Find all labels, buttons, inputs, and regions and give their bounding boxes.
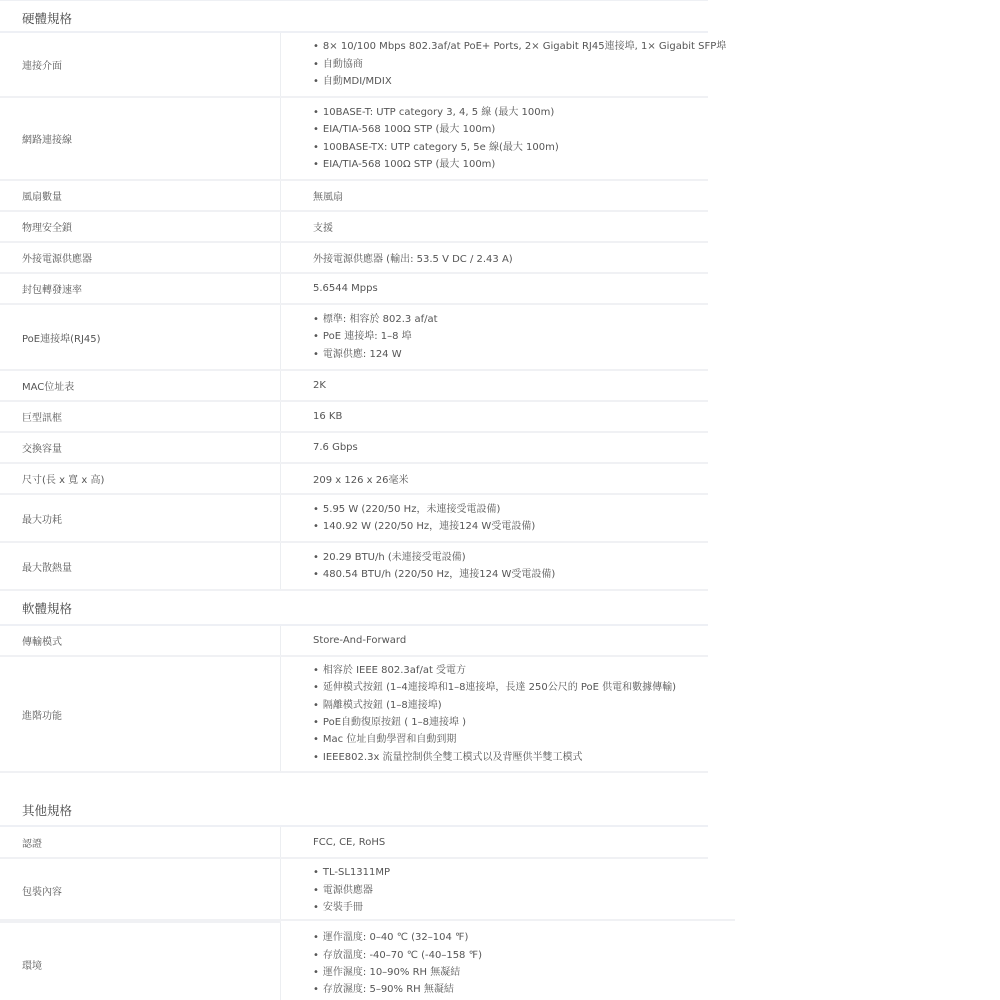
section-spacer [0,773,708,795]
row-value: 20.29 BTU/h (未連接受電設備) 480.54 BTU/h (220/… [281,542,709,590]
table-row: 物理安全鎖 支援 [0,211,708,242]
row-label: 最大散熱量 [0,542,281,590]
table-row: 連接介面 8× 10/100 Mbps 802.3af/at PoE+ Port… [0,33,708,97]
table-row: 巨型訊框 16 KB [0,401,708,432]
hardware-spec-table: 連接介面 8× 10/100 Mbps 802.3af/at PoE+ Port… [0,33,708,591]
list-item: 電源供應器 [313,882,708,899]
row-label: 環境 [0,922,281,1000]
list-item: 隔離模式按鈕 (1–8連接埠) [313,697,708,714]
list-item: TL-SL1311MP [313,864,708,881]
table-row: 進階功能 相容於 IEEE 802.3af/at 受電方 延伸模式按鈕 (1–4… [0,656,708,772]
row-label: 封包轉發速率 [0,273,281,304]
row-label: MAC位址表 [0,370,281,401]
row-label: 認證 [0,827,281,858]
list-item: 運作濕度: 10–90% RH 無凝結 [313,964,708,981]
list-item: 10BASE-T: UTP category 3, 4, 5 線 (最大 100… [313,104,708,121]
table-row: 網路連接線 10BASE-T: UTP category 3, 4, 5 線 (… [0,97,708,180]
list-item: EIA/TIA-568 100Ω STP (最大 100m) [313,156,708,173]
table-row: 最大功耗 5.95 W (220/50 Hz，未連接受電設備) 140.92 W… [0,494,708,542]
list-item: 自動MDI/MDIX [313,73,708,90]
row-label: 物理安全鎖 [0,211,281,242]
row-label: 交換容量 [0,432,281,463]
table-row: 風扇數量 無風扇 [0,180,708,211]
list-item: 存放溫度: -40–70 ℃ (-40–158 ℉) [313,947,708,964]
row-divider [0,919,735,921]
list-item: IEEE802.3x 流量控制供全雙工模式以及背壓供半雙工模式 [313,749,708,766]
list-item: 標準: 相容於 802.3 af/at [313,311,708,328]
spec-page: 硬體規格 連接介面 8× 10/100 Mbps 802.3af/at PoE+… [0,0,708,1000]
row-value: TL-SL1311MP 電源供應器 安裝手冊 [281,858,709,922]
table-row: 環境 運作溫度: 0–40 ℃ (32–104 ℉) 存放溫度: -40–70 … [0,922,708,1000]
row-label: 巨型訊框 [0,401,281,432]
row-value: 相容於 IEEE 802.3af/at 受電方 延伸模式按鈕 (1–4連接埠和1… [281,656,709,772]
row-value: FCC, CE, RoHS [281,827,709,858]
table-row: 包裝內容 TL-SL1311MP 電源供應器 安裝手冊 [0,858,708,922]
table-row: 封包轉發速率 5.6544 Mpps [0,273,708,304]
row-label: 傳輸模式 [0,626,281,656]
row-label: 進階功能 [0,656,281,772]
row-value: 運作溫度: 0–40 ℃ (32–104 ℉) 存放溫度: -40–70 ℃ (… [281,922,709,1000]
table-row: 最大散熱量 20.29 BTU/h (未連接受電設備) 480.54 BTU/h… [0,542,708,590]
list-item: PoE 連接埠: 1–8 埠 [313,328,708,345]
table-row: 交換容量 7.6 Gbps [0,432,708,463]
other-spec-table: 認證 FCC, CE, RoHS 包裝內容 TL-SL1311MP 電源供應器 … [0,827,708,1000]
list-item: 存放濕度: 5–90% RH 無凝結 [313,981,708,998]
row-label: 網路連接線 [0,97,281,180]
row-label: 外接電源供應器 [0,242,281,273]
list-item: PoE自動復原按鈕 ( 1–8連接埠 ) [313,714,708,731]
list-item: 140.92 W (220/50 Hz，連接124 W受電設備) [313,518,708,535]
row-value: 7.6 Gbps [281,432,709,463]
section-title-software: 軟體規格 [0,591,708,626]
list-item: 8× 10/100 Mbps 802.3af/at PoE+ Ports, 2×… [313,38,708,55]
list-item: 自動協商 [313,56,708,73]
row-value: Store-And-Forward [281,626,709,656]
table-row: 傳輸模式 Store-And-Forward [0,626,708,656]
row-value: 2K [281,370,709,401]
table-row: MAC位址表 2K [0,370,708,401]
row-value: 209 x 126 x 26毫米 [281,463,709,494]
list-item: 運作溫度: 0–40 ℃ (32–104 ℉) [313,929,708,946]
list-item: Mac 位址自動學習和自動到期 [313,731,708,748]
section-title-hardware: 硬體規格 [0,5,708,33]
list-item: 20.29 BTU/h (未連接受電設備) [313,549,708,566]
section-title-other: 其他規格 [0,795,708,827]
software-spec-table: 傳輸模式 Store-And-Forward 進階功能 相容於 IEEE 802… [0,626,708,773]
row-label: 尺寸(長 x 寬 x 高) [0,463,281,494]
row-value: 10BASE-T: UTP category 3, 4, 5 線 (最大 100… [281,97,709,180]
row-value: 標準: 相容於 802.3 af/at PoE 連接埠: 1–8 埠 電源供應:… [281,304,709,370]
list-item: 480.54 BTU/h (220/50 Hz，連接124 W受電設備) [313,566,708,583]
table-row: 認證 FCC, CE, RoHS [0,827,708,858]
row-value: 外接電源供應器 (輸出: 53.5 V DC / 2.43 A) [281,242,709,273]
row-value: 16 KB [281,401,709,432]
row-label: 連接介面 [0,33,281,97]
row-label: 風扇數量 [0,180,281,211]
list-item: 相容於 IEEE 802.3af/at 受電方 [313,662,708,679]
table-row: 尺寸(長 x 寬 x 高) 209 x 126 x 26毫米 [0,463,708,494]
row-label: PoE連接埠(RJ45) [0,304,281,370]
row-label: 包裝內容 [0,858,281,922]
row-label: 最大功耗 [0,494,281,542]
table-row: PoE連接埠(RJ45) 標準: 相容於 802.3 af/at PoE 連接埠… [0,304,708,370]
row-value: 8× 10/100 Mbps 802.3af/at PoE+ Ports, 2×… [281,33,709,97]
list-item: EIA/TIA-568 100Ω STP (最大 100m) [313,121,708,138]
row-value: 支援 [281,211,709,242]
list-item: 5.95 W (220/50 Hz，未連接受電設備) [313,501,708,518]
row-value: 5.6544 Mpps [281,273,709,304]
list-item: 延伸模式按鈕 (1–4連接埠和1–8連接埠，長達 250公尺的 PoE 供電和數… [313,679,708,696]
list-item: 電源供應: 124 W [313,346,708,363]
row-value: 無風扇 [281,180,709,211]
list-item: 安裝手冊 [313,899,708,916]
row-value: 5.95 W (220/50 Hz，未連接受電設備) 140.92 W (220… [281,494,709,542]
list-item: 100BASE-TX: UTP category 5, 5e 線(最大 100m… [313,139,708,156]
table-row: 外接電源供應器 外接電源供應器 (輸出: 53.5 V DC / 2.43 A) [0,242,708,273]
